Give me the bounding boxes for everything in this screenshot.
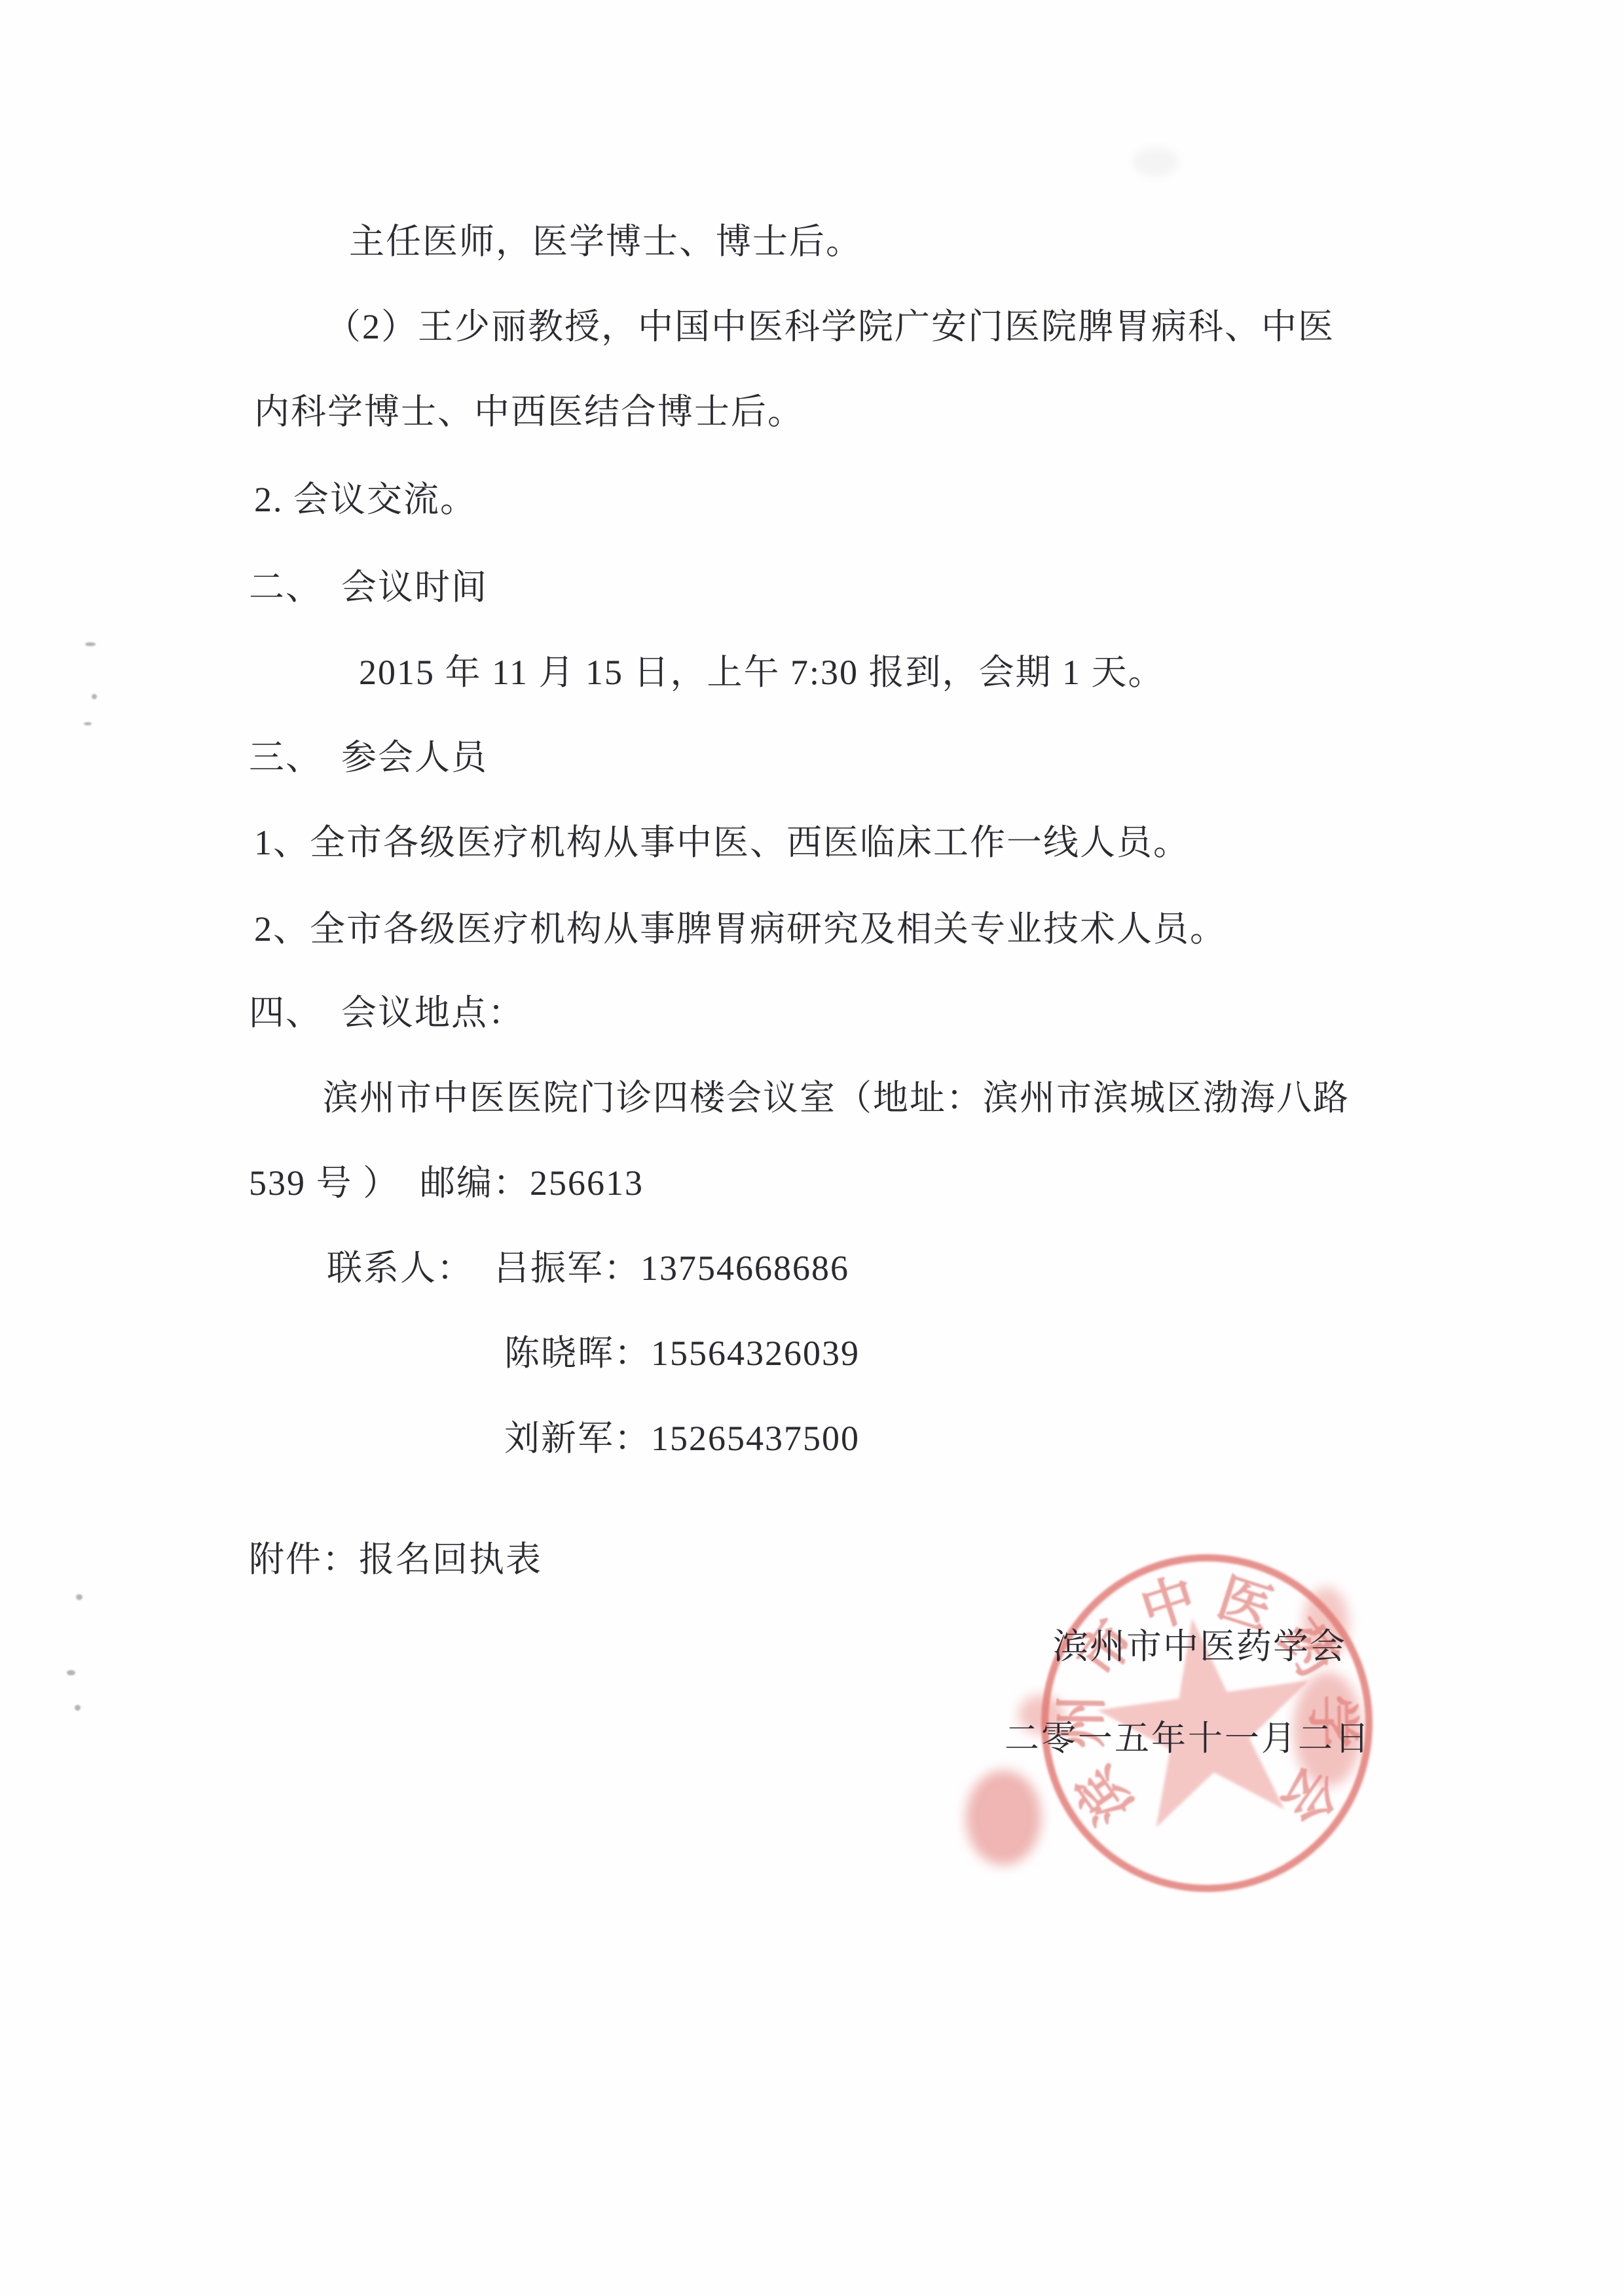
contact-person-line: 联系人： 吕振军：13754668686 — [327, 1248, 849, 1288]
heading-participants: 三、 参会人员 — [249, 737, 488, 778]
scan-speck — [85, 642, 96, 646]
scan-speck — [92, 694, 97, 699]
venue-address-line: 滨州市中医医院门诊四楼会议室（地址：滨州市滨城区渤海八路 — [323, 1078, 1350, 1118]
participants-item-2: 2、全市各级医疗机构从事脾胃病研究及相关专业技术人员。 — [254, 909, 1227, 949]
scan-speck — [84, 722, 92, 725]
scan-speck — [67, 1670, 75, 1675]
seal-ink-smudge — [966, 1770, 1041, 1865]
heading-meeting-time: 二、 会议时间 — [249, 567, 488, 608]
scan-speck — [76, 1594, 83, 1600]
attachment-note: 附件：报名回执表 — [249, 1539, 542, 1580]
scanned-document-page: 主任医师，医学博士、博士后。 （2）王少丽教授，中国中医科学院广安门医院脾胃病科… — [0, 0, 1624, 2296]
speaker-2-line: （2）王少丽教授，中国中医科学院广安门医院脾胃病科、中医 — [325, 306, 1335, 347]
signature-org: 滨州市中医药学会 — [1053, 1626, 1346, 1667]
scan-speck — [75, 1705, 81, 1711]
contact-liu-xinjun-line: 刘新军：15265437500 — [504, 1418, 860, 1459]
item-meeting-exchange: 2. 会议交流。 — [254, 479, 477, 520]
participants-item-1: 1、全市各级医疗机构从事中医、西医临床工作一线人员。 — [254, 822, 1190, 863]
meeting-time-detail: 2015 年 11 月 15 日，上午 7:30 报到，会期 1 天。 — [359, 652, 1165, 693]
contact-chen-xiaohui-line: 陈晓晖：15564326039 — [504, 1333, 860, 1374]
speaker-2-line-continued: 内科学博士、中西医结合博士后。 — [254, 392, 804, 432]
heading-venue: 四、 会议地点： — [249, 993, 525, 1033]
venue-postcode-line: 539 号 ） 邮编：256613 — [249, 1163, 644, 1203]
speaker-1-credentials-line: 主任医师，医学博士、博士后。 — [349, 221, 862, 262]
signature-date: 二零一五年十一月二日 — [1005, 1719, 1371, 1759]
scan-smudge — [1133, 147, 1179, 177]
